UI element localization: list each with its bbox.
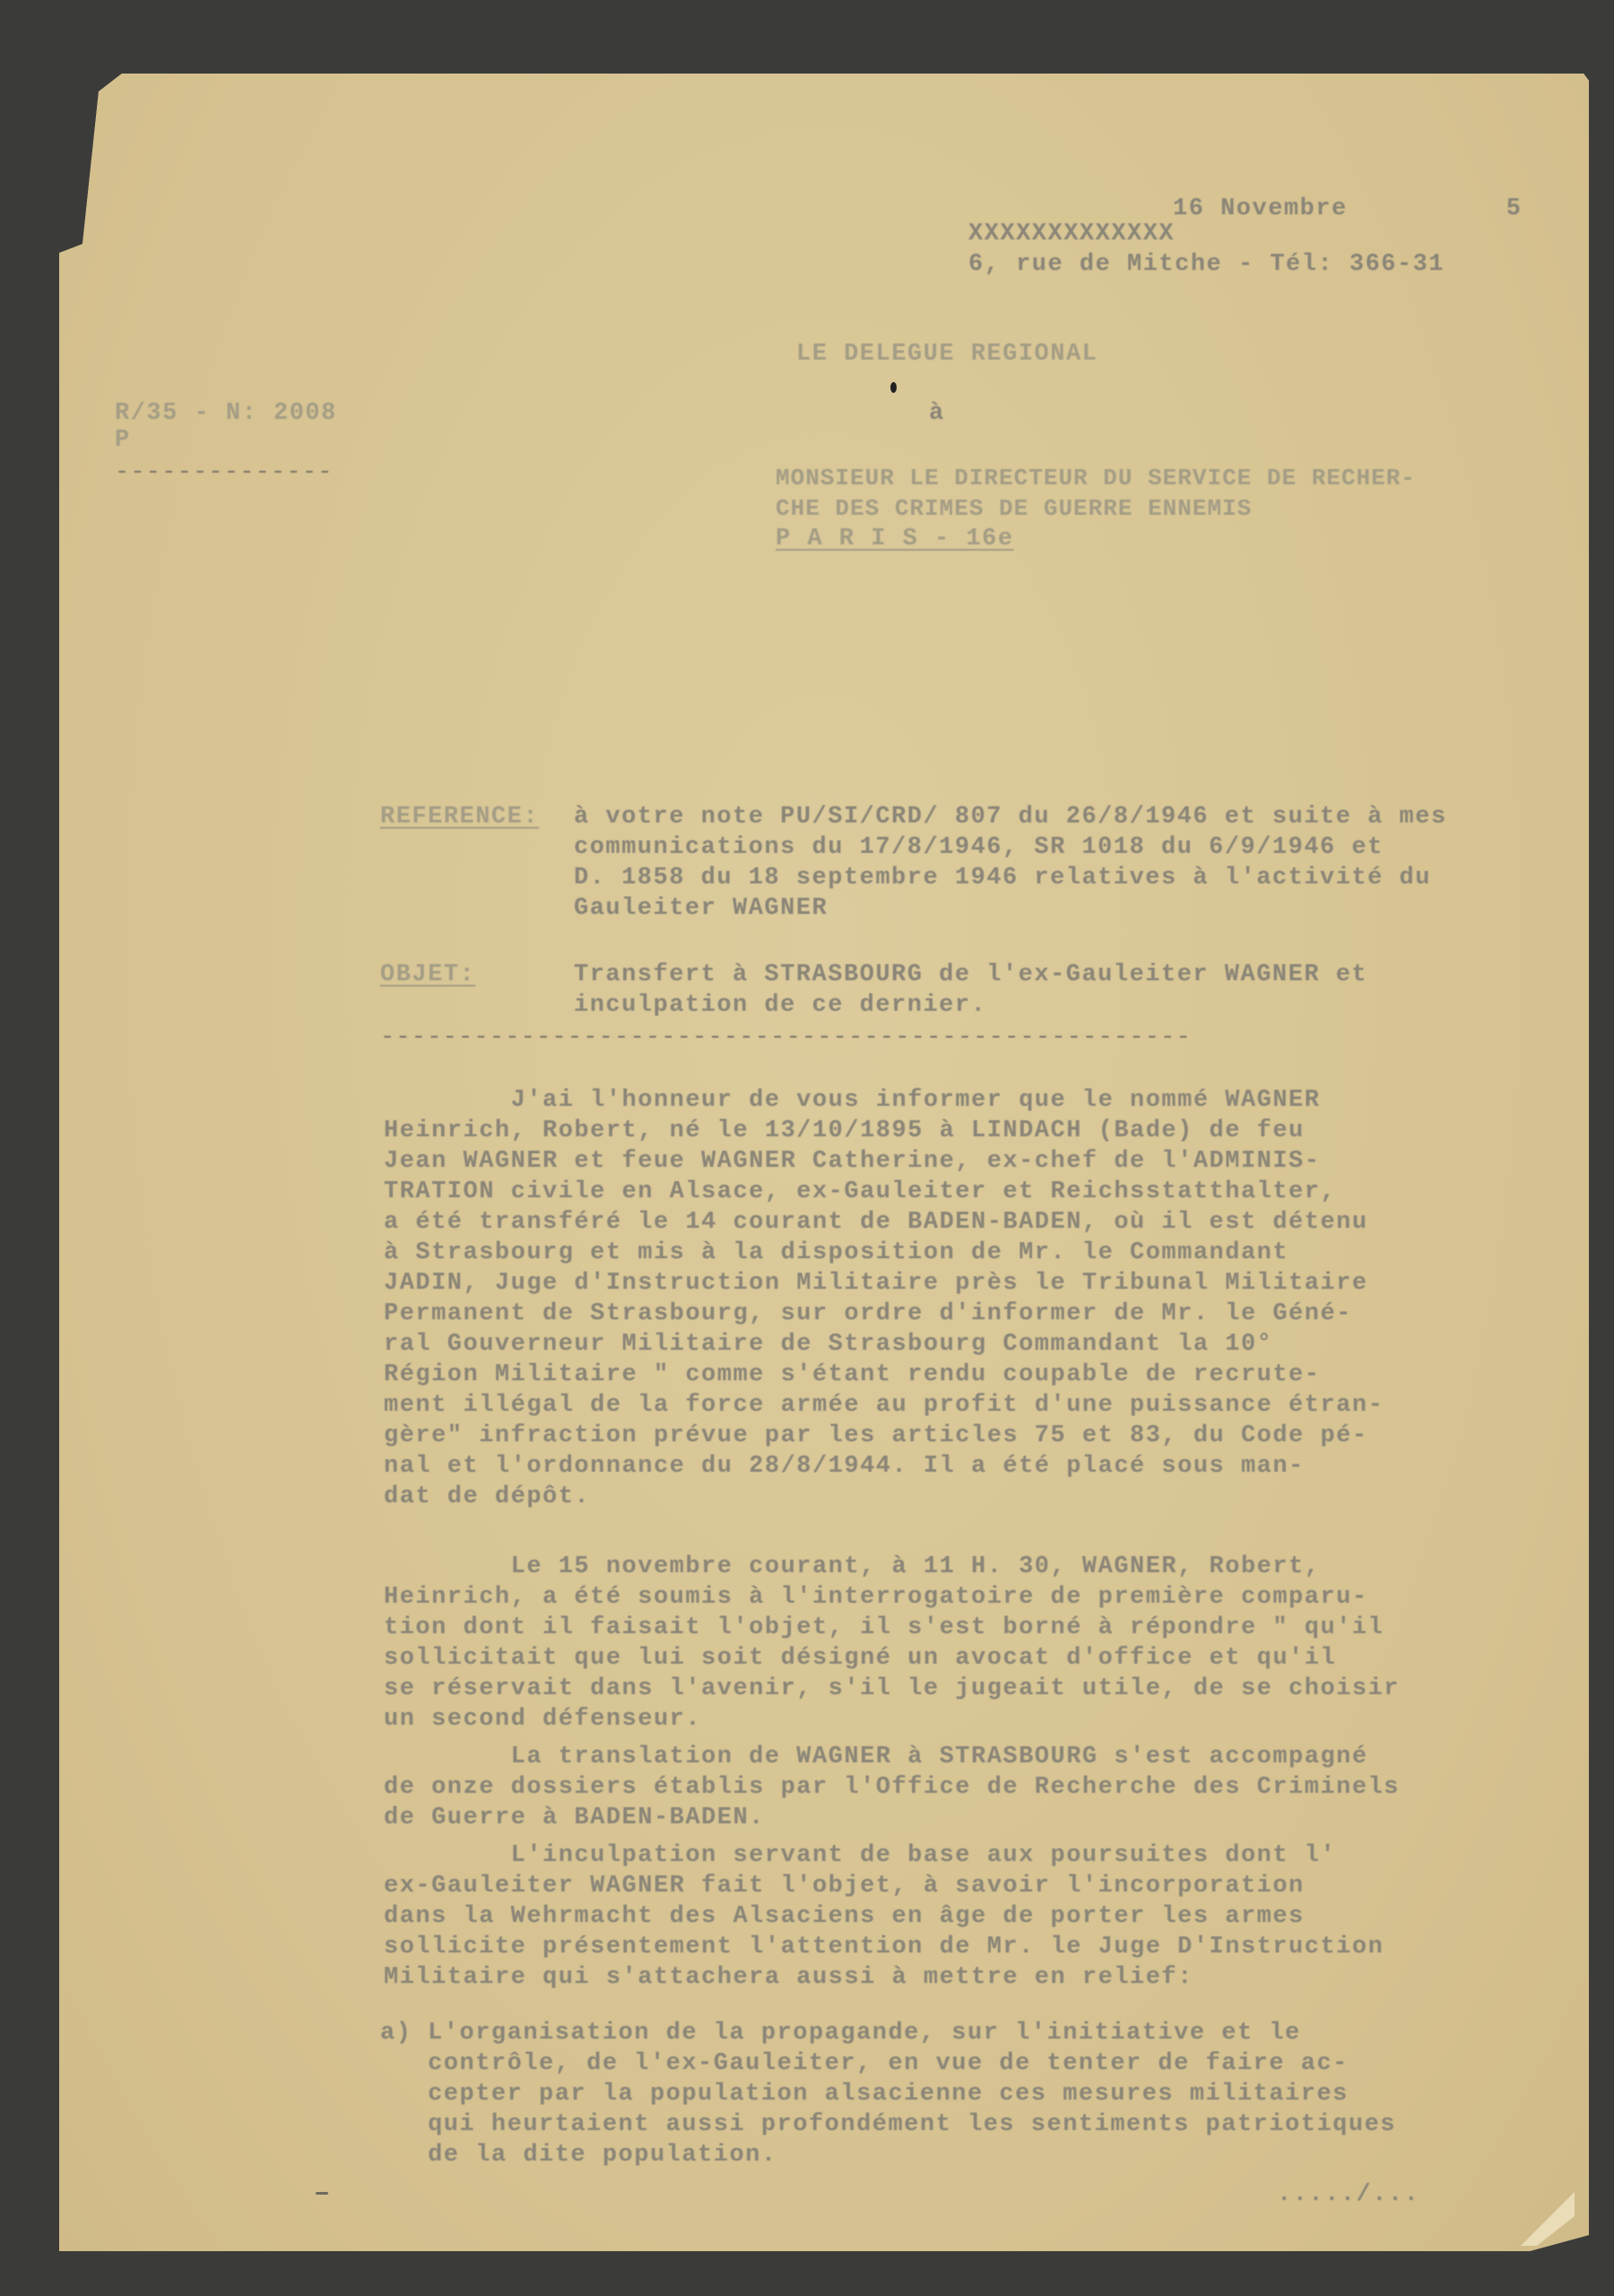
body-line: La translation de WAGNER à STRASBOURG s'…	[384, 1744, 1368, 1770]
body-line: un second défenseur.	[384, 1706, 701, 1733]
body-line: ex-Gauleiter WAGNER fait l'objet, à savo…	[384, 1873, 1305, 1900]
body-line: Le 15 novembre courant, à 11 H. 30, WAGN…	[384, 1553, 1320, 1580]
body-line: gère" infraction prévue par les articles…	[384, 1422, 1368, 1449]
body-line: nal et l'ordonnance du 28/8/1944. Il a é…	[384, 1453, 1305, 1480]
body-line: à Strasbourg et mis à la disposition de …	[384, 1239, 1289, 1266]
body-line: ral Gouverneur Militaire de Strasbourg C…	[384, 1331, 1272, 1358]
body-line: Heinrich, a été soumis à l'interrogatoir…	[384, 1584, 1368, 1611]
recipient-city: P A R I S - 16e	[776, 526, 1014, 552]
separator-rule: ----------------------------------------…	[380, 1024, 1192, 1051]
left-rule: --------------	[115, 459, 334, 486]
recipient-line-2: CHE DES CRIMES DE GUERRE ENNEMIS	[776, 495, 1252, 522]
body-line: Permanent de Strasbourg, sur ordre d'inf…	[384, 1300, 1352, 1327]
document-date: 16 Novembre 5	[1173, 196, 1522, 222]
body-line: dans la Wehrmacht des Alsaciens en âge d…	[384, 1903, 1305, 1930]
ink-spot	[890, 382, 897, 393]
reference-line: D. 1858 du 18 septembre 1946 relatives à…	[574, 865, 1431, 891]
sender-title: LE DELEGUE REGIONAL	[796, 341, 1098, 368]
struck-out-line: XXXXXXXXXXXXX	[968, 221, 1175, 248]
stray-mark	[316, 2192, 328, 2195]
body-line: se réservait dans l'avenir, s'il le juge…	[384, 1675, 1400, 1702]
body-line: de Guerre à BADEN-BADEN.	[384, 1805, 765, 1831]
body-line: tion dont il faisait l'objet, il s'est b…	[384, 1614, 1384, 1641]
body-line: sollicitait que lui soit désigné un avoc…	[384, 1645, 1336, 1672]
body-line: sollicite présentement l'attention de Mr…	[384, 1934, 1384, 1961]
body-line: ment illégal de la force armée au profit…	[384, 1392, 1384, 1419]
body-line: Militaire qui s'attachera aussi à mettre…	[384, 1964, 1193, 1991]
reference-number: R/35 - N: 2008	[115, 400, 337, 427]
body-line: Région Militaire " comme s'étant rendu c…	[384, 1361, 1320, 1388]
reference-number-suffix: P	[115, 427, 131, 454]
body-line: a été transféré le 14 courant de BADEN-B…	[384, 1209, 1368, 1236]
body-line: Heinrich, Robert, né le 13/10/1895 à LIN…	[384, 1118, 1305, 1144]
subject-line: Transfert à STRASBOURG de l'ex-Gauleiter…	[574, 961, 1367, 988]
body-line: J'ai l'honneur de vous informer que le n…	[384, 1087, 1320, 1114]
body-line: dat de dépôt.	[384, 1483, 590, 1510]
reference-line: communications du 17/8/1946, SR 1018 du …	[574, 834, 1384, 861]
subject-line: inculpation de ce dernier.	[574, 992, 986, 1019]
to-word: à	[929, 400, 945, 427]
body-line: de la dite population.	[380, 2142, 777, 2169]
body-line: JADIN, Juge d'Instruction Militaire près…	[384, 1270, 1368, 1297]
reference-line: à votre note PU/SI/CRD/ 807 du 26/8/1946…	[574, 804, 1447, 831]
body-line: a) L'organisation de la propagande, sur …	[380, 2020, 1301, 2047]
body-line: L'inculpation servant de base aux poursu…	[384, 1842, 1336, 1869]
body-line: de onze dossiers établis par l'Office de…	[384, 1774, 1400, 1801]
sender-address: 6, rue de Mitche - Tél: 366-31	[968, 251, 1445, 278]
body-line: Jean WAGNER et feue WAGNER Catherine, ex…	[384, 1148, 1320, 1175]
continuation-mark: ...../...	[1277, 2181, 1419, 2208]
body-line: cepter par la population alsacienne ces …	[380, 2081, 1349, 2108]
recipient-line-1: MONSIEUR LE DIRECTEUR DU SERVICE DE RECH…	[776, 465, 1416, 491]
reference-line: Gauleiter WAGNER	[574, 895, 828, 922]
body-line: TRATION civile en Alsace, ex-Gauleiter e…	[384, 1178, 1336, 1205]
reference-label: REFERENCE:	[380, 804, 539, 831]
subject-label: OBJET:	[380, 961, 475, 988]
body-line: qui heurtaient aussi profondément les se…	[380, 2111, 1396, 2138]
body-line: contrôle, de l'ex-Gauleiter, en vue de t…	[380, 2050, 1349, 2077]
